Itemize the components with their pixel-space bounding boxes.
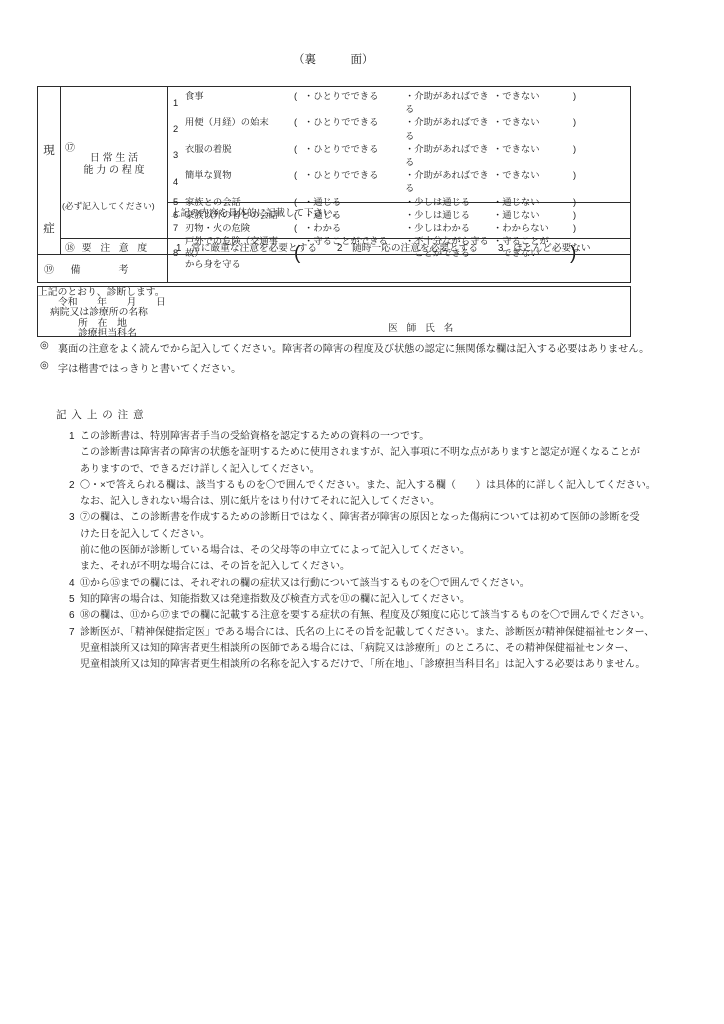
instruction-item: 2 〇・×で答えられる欄は、該当するものを〇で囲んでください。また、記入する欄（… bbox=[56, 478, 706, 511]
gensho-char-top: 現 bbox=[38, 142, 60, 158]
section17-required-note: (必ず記入してください) bbox=[62, 200, 155, 212]
department-label: 診療担当科名 bbox=[38, 329, 630, 339]
general-note-2-text: 字は楷書ではっきりと書いてください。 bbox=[58, 360, 241, 375]
current-symptoms-row-header: 現 症 bbox=[38, 87, 61, 254]
instruction-number: 6 bbox=[56, 608, 80, 624]
caution-option-1: 1 常に厳重な注意を必要とする bbox=[176, 240, 317, 254]
double-circle-icon: ◎ bbox=[40, 340, 49, 355]
close-paren: ) bbox=[566, 169, 630, 195]
section19-title: 備 考 bbox=[38, 261, 167, 276]
item-option-1: ・ひとりでできる bbox=[304, 116, 405, 142]
item-label: 食事 bbox=[185, 90, 294, 116]
general-note-2: ◎ 字は楷書ではっきりと書いてください。 bbox=[40, 360, 241, 375]
section19-remarks-field bbox=[168, 254, 630, 282]
item-option-3: ・できない bbox=[493, 143, 566, 169]
double-circle-icon: ◎ bbox=[40, 360, 49, 375]
filling-instructions: 記 入 上 の 注 意 1 この診断書は、特別障害者手当の受給資格を認定するため… bbox=[56, 407, 706, 673]
gensho-char-bottom: 症 bbox=[38, 220, 60, 236]
instruction-number: 2 bbox=[56, 478, 80, 511]
item-option-1: ・ひとりでできる bbox=[304, 143, 405, 169]
doctor-name-label: 医 師 氏 名 bbox=[388, 324, 456, 334]
instruction-number: 7 bbox=[56, 625, 80, 674]
section17-number: ⑰ bbox=[65, 139, 75, 154]
instruction-text: ⑦の欄は、この診断書を作成するための診断日ではなく、障害者が障害の原因となった傷… bbox=[80, 510, 706, 575]
section18-caution-level-header: ⑱ 要 注 意 度 bbox=[61, 238, 168, 254]
open-paren: ( bbox=[294, 169, 304, 195]
daily-ability-item-row: 3 衣服の着脱 ( ・ひとりでできる ・介助があればできる ・できない ) bbox=[168, 143, 630, 169]
item-label: 衣服の着脱 bbox=[185, 143, 294, 169]
item-number: 1 bbox=[168, 90, 185, 116]
item-option-2: ・介助があればできる bbox=[405, 169, 493, 195]
daily-ability-item-row: 1 食事 ( ・ひとりでできる ・介助があればできる ・できない ) bbox=[168, 90, 630, 116]
instructions-heading: 記 入 上 の 注 意 bbox=[56, 407, 706, 422]
instruction-text: 知的障害の場合は、知能指数又は発達指数及び検査方式を⑪の欄に記入してください。 bbox=[80, 592, 706, 608]
instruction-item: 6 ⑱の欄は、⑪から⑰までの欄に記載する注意を要する症状の有無、程度及び頻度に応… bbox=[56, 608, 706, 624]
instruction-text: 〇・×で答えられる欄は、該当するものを〇で囲んでください。また、記入する欄（ ）… bbox=[80, 478, 706, 511]
open-paren: ( bbox=[294, 90, 304, 116]
item-option-3: ・できない bbox=[493, 169, 566, 195]
instruction-item: 7 診断医が、「精神保健指定医」である場合には、氏名の上にその旨を記載してくださ… bbox=[56, 625, 706, 674]
item-number: 4 bbox=[168, 169, 185, 195]
item-option-3: ・できない bbox=[493, 90, 566, 116]
item-label: 用便（月経）の始末 bbox=[185, 116, 294, 142]
instruction-item: 4 ⑪から⑮までの欄には、それぞれの欄の症状又は行動について該当するものを〇で囲… bbox=[56, 576, 706, 592]
concrete-description-cell: 上記の内容を具体的に記載して下さい。 bbox=[168, 203, 630, 238]
open-paren: ( bbox=[294, 143, 304, 169]
instruction-number: 5 bbox=[56, 592, 80, 608]
section17-title-line1: 日 常 生 活 bbox=[61, 153, 167, 165]
item-number: 3 bbox=[168, 143, 185, 169]
instruction-number: 3 bbox=[56, 510, 80, 575]
section19-remarks-header: ⑲ 備 考 bbox=[38, 254, 168, 282]
concrete-description-note: 上記の内容を具体的に記載して下さい。 bbox=[171, 208, 342, 219]
close-paren: ) bbox=[566, 116, 630, 142]
section18-number: ⑱ bbox=[65, 240, 75, 254]
close-paren: ) bbox=[566, 90, 630, 116]
section18-title: 要 注 意 度 bbox=[82, 240, 150, 254]
general-note-1-text: 裏面の注意をよく読んでから記入してください。障害者の障害の程度及び状態の認定に無… bbox=[58, 340, 649, 355]
current-symptoms-table: 現 症 ⑰ 日 常 生 活 能 力 の 程 度 (必ず記入してください) 1 食… bbox=[37, 86, 631, 283]
medical-certificate-back-page: （裏 面） 現 症 ⑰ 日 常 生 活 能 力 の 程 度 (必ず記入してくださ… bbox=[0, 0, 724, 1024]
caution-option-2: 2 随時一応の注意を必要とする bbox=[337, 240, 478, 254]
item-option-1: ・ひとりでできる bbox=[304, 169, 405, 195]
caution-option-3: 3 ほとんど必要ない bbox=[498, 240, 591, 254]
daily-ability-item-row: 2 用便（月経）の始末 ( ・ひとりでできる ・介助があればできる ・できない … bbox=[168, 116, 630, 142]
instruction-text: 診断医が、「精神保健指定医」である場合には、氏名の上にその旨を記載してください。… bbox=[80, 625, 706, 674]
diagnosis-signature-box: 上記のとおり、診断します。 令和 年 月 日 病院又は診療所の名称 所 在 地 … bbox=[37, 286, 631, 337]
item-option-2: ・介助があればできる bbox=[405, 116, 493, 142]
page-side-label: （裏 面） bbox=[293, 51, 374, 67]
instruction-text: ⑪から⑮までの欄には、それぞれの欄の症状又は行動について該当するものを〇で囲んで… bbox=[80, 576, 706, 592]
instruction-text: この診断書は、特別障害者手当の受給資格を認定するための資料の一つです。 この診断… bbox=[80, 429, 706, 478]
daily-ability-items: 1 食事 ( ・ひとりでできる ・介助があればできる ・できない ) 2 用便（… bbox=[168, 87, 630, 203]
close-paren: ) bbox=[566, 143, 630, 169]
instruction-item: 3 ⑦の欄は、この診断書を作成するための診断日ではなく、障害者が障害の原因となっ… bbox=[56, 510, 706, 575]
section17-title: 日 常 生 活 能 力 の 程 度 bbox=[61, 153, 167, 177]
open-paren: ( bbox=[294, 116, 304, 142]
instruction-item: 5 知的障害の場合は、知能指数又は発達指数及び検査方式を⑪の欄に記入してください… bbox=[56, 592, 706, 608]
instruction-item: 1 この診断書は、特別障害者手当の受給資格を認定するための資料の一つです。 この… bbox=[56, 429, 706, 478]
item-option-2: ・介助があればできる bbox=[405, 143, 493, 169]
instruction-number: 4 bbox=[56, 576, 80, 592]
section17-title-line2: 能 力 の 程 度 bbox=[61, 165, 167, 177]
instruction-text: ⑱の欄は、⑪から⑰までの欄に記載する注意を要する症状の有無、程度及び頻度に応じて… bbox=[80, 608, 706, 624]
item-label: 簡単な買物 bbox=[185, 169, 294, 195]
general-note-1: ◎ 裏面の注意をよく読んでから記入してください。障害者の障害の程度及び状態の認定… bbox=[40, 340, 649, 355]
daily-ability-item-row: 4 簡単な買物 ( ・ひとりでできる ・介助があればできる ・できない ) bbox=[168, 169, 630, 195]
item-option-3: ・できない bbox=[493, 116, 566, 142]
section18-caution-level-options: 1 常に厳重な注意を必要とする 2 随時一応の注意を必要とする 3 ほとんど必要… bbox=[168, 238, 630, 254]
item-option-1: ・ひとりでできる bbox=[304, 90, 405, 116]
item-option-2: ・介助があればできる bbox=[405, 90, 493, 116]
item-number: 2 bbox=[168, 116, 185, 142]
instruction-number: 1 bbox=[56, 429, 80, 478]
section17-daily-life-ability-header: ⑰ 日 常 生 活 能 力 の 程 度 (必ず記入してください) bbox=[61, 87, 168, 238]
